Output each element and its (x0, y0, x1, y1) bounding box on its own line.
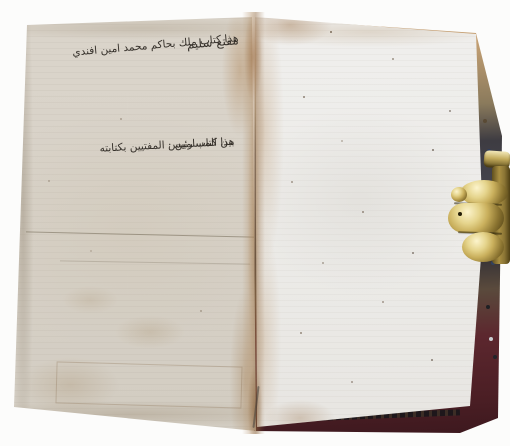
marble-speckles (0, 0, 2, 2)
clasp-lobe-middle (448, 203, 504, 233)
photo-canvas: هذا كتاب ملك بحاكم محمد امين افندي مفتع … (0, 0, 510, 446)
page-crease-line-2 (60, 260, 250, 264)
clasp-knob (451, 187, 467, 202)
brass-clasp (446, 146, 510, 268)
left-page-specks (0, 0, 2, 2)
blind-stamp-panel (55, 361, 242, 408)
clasp-lobe-bottom (462, 232, 504, 262)
clasp-pin-hole (458, 212, 462, 216)
page-crease-line-1 (26, 231, 254, 237)
gutter-shadow (236, 12, 270, 434)
foxing-spots (0, 0, 2, 2)
